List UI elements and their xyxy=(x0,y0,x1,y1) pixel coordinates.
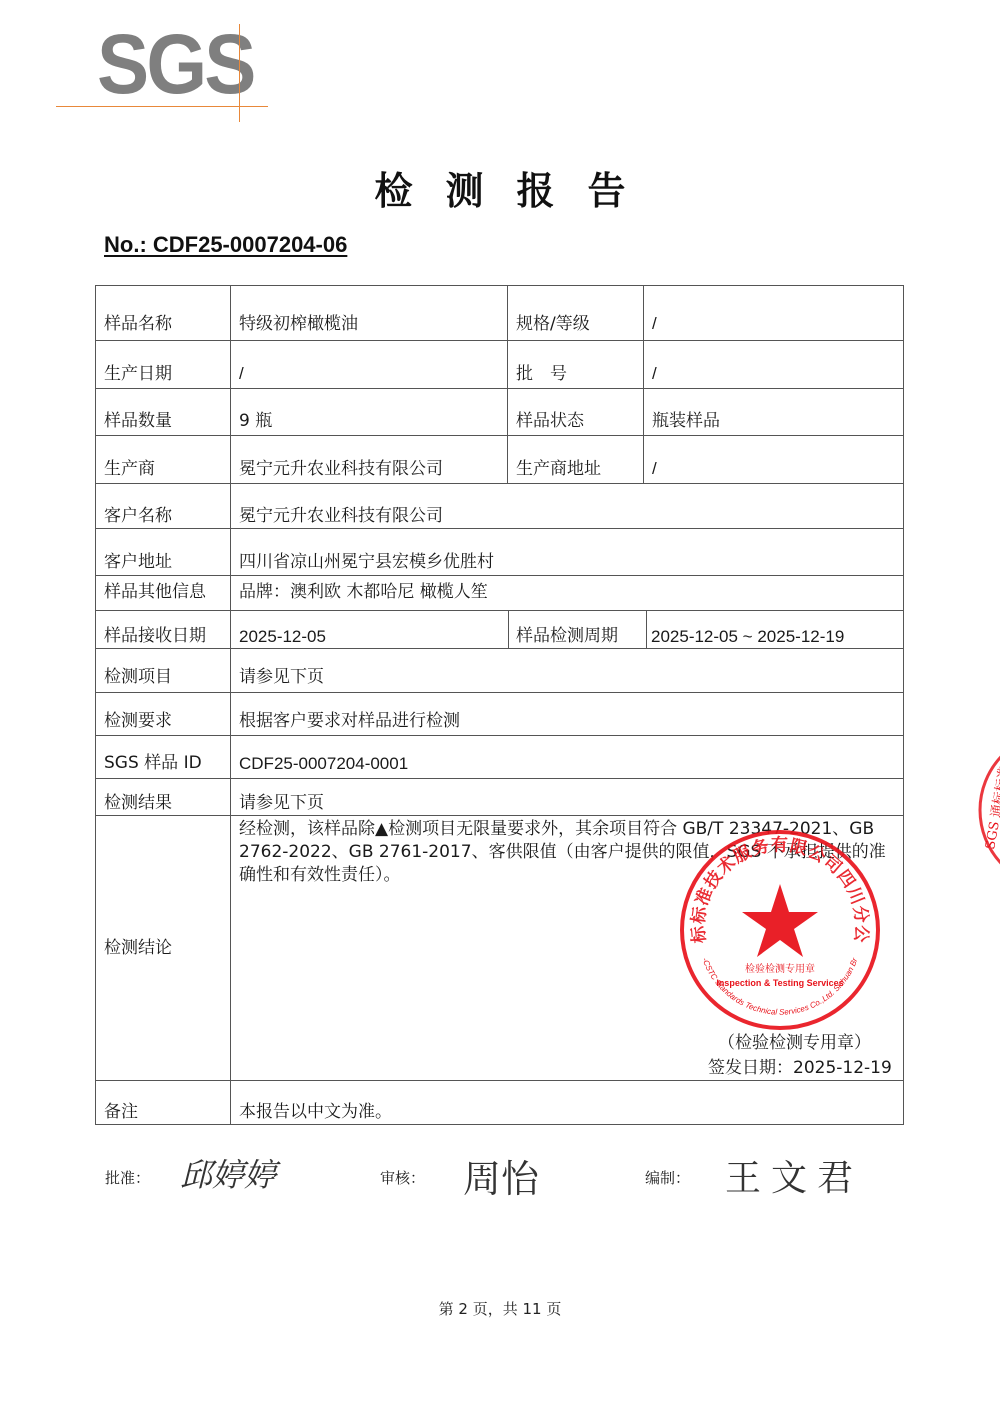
report-number: No.: CDF25-0007204-06 xyxy=(104,232,347,258)
column-divider xyxy=(507,285,508,483)
svg-text:SGS 通标标准: SGS 通标标准 xyxy=(982,765,1000,851)
row-divider xyxy=(95,435,904,436)
value-spec-grade: / xyxy=(652,314,657,334)
label-remarks: 备注 xyxy=(104,1102,138,1122)
label-sgs-sample-id: SGS 样品 ID xyxy=(104,753,202,773)
label-client-address: 客户地址 xyxy=(104,552,172,572)
label-test-period: 样品检测周期 xyxy=(516,626,618,646)
value-production-date: / xyxy=(239,364,244,384)
label-receipt-date: 样品接收日期 xyxy=(104,626,206,646)
value-sample-name: 特级初榨橄榄油 xyxy=(239,314,358,334)
seal-caption: （检验检测专用章） xyxy=(718,1033,871,1053)
approve-label: 批准： xyxy=(105,1167,150,1188)
label-batch-no: 批 号 xyxy=(516,364,567,384)
row-divider xyxy=(95,483,904,484)
column-divider xyxy=(643,285,644,483)
label-conclusion: 检测结论 xyxy=(104,938,172,958)
label-sample-state: 样品状态 xyxy=(516,411,584,431)
seal-center-text-en: Inspection & Testing Services xyxy=(716,978,843,988)
row-divider xyxy=(95,388,904,389)
partial-seal-icon: SGS 通标标准 xyxy=(978,730,1000,890)
label-sample-quantity: 样品数量 xyxy=(104,411,172,431)
value-sample-quantity: 9 瓶 xyxy=(239,411,272,431)
document-title: 检测报告 xyxy=(0,160,1000,215)
column-divider xyxy=(646,610,647,648)
value-client-address: 四川省凉山州冕宁县宏模乡优胜村 xyxy=(239,552,494,572)
column-divider xyxy=(508,610,509,648)
label-manufacturer-address: 生产商地址 xyxy=(516,459,601,479)
value-test-period: 2025-12-05 ~ 2025-12-19 xyxy=(651,627,844,647)
prepare-signature: 王文君 xyxy=(725,1150,863,1201)
value-test-requirements: 根据客户要求对样品进行检测 xyxy=(239,711,460,731)
value-sgs-sample-id: CDF25-0007204-0001 xyxy=(239,754,408,774)
label-test-requirements: 检测要求 xyxy=(104,711,172,731)
value-test-results: 请参见下页 xyxy=(239,793,324,813)
value-test-items: 请参见下页 xyxy=(239,667,324,687)
row-divider xyxy=(95,1080,904,1081)
value-client-name: 冕宁元升农业科技有限公司 xyxy=(239,506,443,526)
approve-signature: 邱婷婷 xyxy=(180,1150,276,1196)
label-spec-grade: 规格/等级 xyxy=(516,314,590,334)
row-divider xyxy=(95,610,904,611)
sgs-logo: SGS xyxy=(97,22,254,106)
label-manufacturer: 生产商 xyxy=(104,459,155,479)
column-divider xyxy=(230,285,231,1125)
seal-center-text: 检验检测专用章 xyxy=(745,962,815,975)
review-signature: 周怡 xyxy=(463,1148,539,1203)
row-divider xyxy=(95,575,904,576)
row-divider xyxy=(95,528,904,529)
logo-orange-rule-horizontal xyxy=(56,106,268,107)
value-manufacturer-address: / xyxy=(652,459,657,479)
label-other-info: 样品其他信息 xyxy=(104,582,206,602)
issue-date: 签发日期：2025-12-19 xyxy=(708,1058,892,1078)
value-receipt-date: 2025-12-05 xyxy=(239,627,326,647)
label-test-results: 检测结果 xyxy=(104,793,172,813)
row-divider xyxy=(95,815,904,816)
label-sample-name: 样品名称 xyxy=(104,314,172,334)
prepare-label: 编制： xyxy=(645,1167,690,1188)
logo-orange-rule-vertical xyxy=(239,24,240,122)
review-label: 审核： xyxy=(380,1167,425,1188)
label-test-items: 检测项目 xyxy=(104,667,172,687)
label-client-name: 客户名称 xyxy=(104,506,172,526)
value-remarks: 本报告以中文为准。 xyxy=(239,1102,392,1122)
row-divider xyxy=(95,778,904,779)
value-sample-state: 瓶装样品 xyxy=(652,411,720,431)
official-seal-icon: 通标标准技术服务有限公司四川分公司 检验检测专用章 Inspection & T… xyxy=(676,826,884,1034)
row-divider xyxy=(95,735,904,736)
row-divider xyxy=(95,340,904,341)
page-number: 第 2 页，共 11 页 xyxy=(0,1298,1000,1319)
row-divider xyxy=(95,692,904,693)
value-batch-no: / xyxy=(652,364,657,384)
value-other-info: 品牌：澳利欧 木都哈尼 橄榄人笙 xyxy=(239,582,488,602)
value-manufacturer: 冕宁元升农业科技有限公司 xyxy=(239,459,443,479)
label-production-date: 生产日期 xyxy=(104,364,172,384)
row-divider xyxy=(95,648,904,649)
